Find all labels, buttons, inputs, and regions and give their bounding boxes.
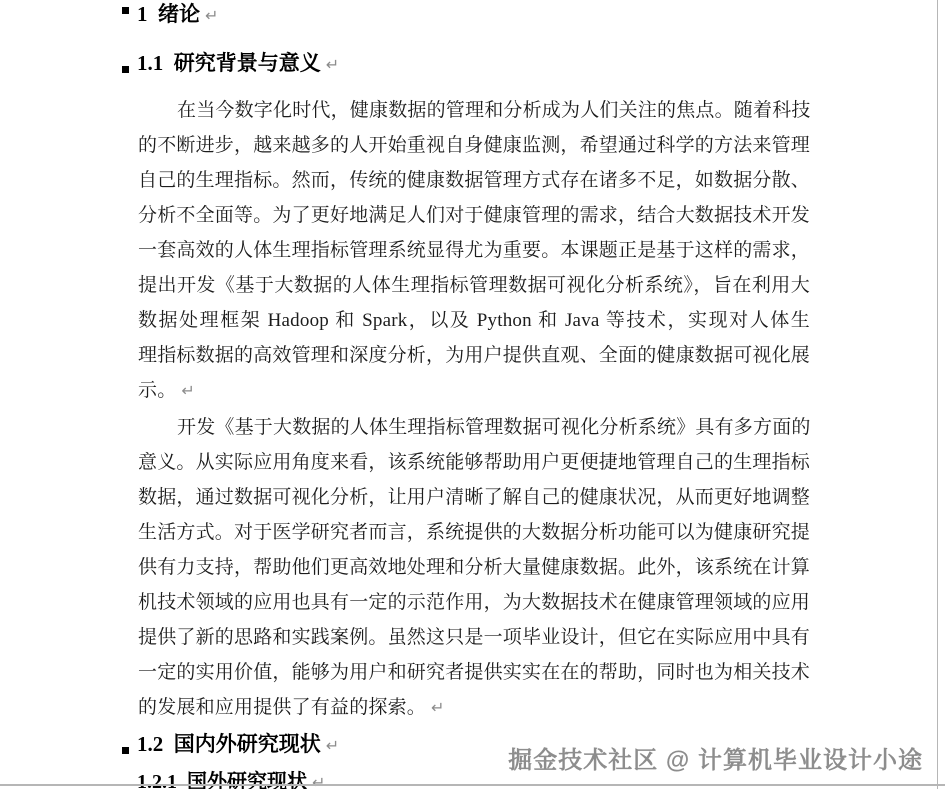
text-line: 意义。从实际应用角度来看，该系统能够帮助用户更便捷地管理自己的生理指标 bbox=[138, 445, 810, 480]
paragraph-1: 在当今数字化时代，健康数据的管理和分析成为人们关注的焦点。随着科技 的不断进步，… bbox=[138, 93, 810, 408]
paragraph-mark-icon: ↵ bbox=[205, 6, 218, 25]
text-line: 分析不全面等。为了更好地满足人们对于健康管理的需求，结合大数据技术开发 bbox=[138, 198, 810, 233]
heading-1-1-label: 1.1 研究背景与意义 bbox=[137, 51, 321, 75]
paragraph-mark-icon: ↵ bbox=[326, 55, 339, 74]
heading-1-2-1-label: 1.2.1 国外研究现状 bbox=[137, 771, 307, 789]
paragraph-mark-icon: ↵ bbox=[326, 736, 339, 755]
text-line: 生活方式。对于医学研究者而言，系统提供的大数据分析功能可以为健康研究提 bbox=[138, 515, 810, 550]
text-line-label: 的发展和应用提供了有益的探索。 bbox=[138, 697, 426, 718]
heading-style-square-icon bbox=[122, 66, 129, 73]
text-line: 的发展和应用提供了有益的探索。↵ bbox=[138, 690, 810, 725]
text-line: 开发《基于大数据的人体生理指标管理数据可视化分析系统》具有多方面的 bbox=[138, 410, 810, 445]
paragraph-2: 开发《基于大数据的人体生理指标管理数据可视化分析系统》具有多方面的 意义。从实际… bbox=[138, 410, 810, 725]
text-line-label: 示。 bbox=[138, 380, 176, 401]
page-bottom-edge bbox=[0, 784, 945, 786]
heading-1-1: 1.1 研究背景与意义↵ bbox=[137, 50, 339, 78]
page-right-edge bbox=[937, 0, 938, 789]
text-line: 自己的生理指标。然而，传统的健康数据管理方式存在诸多不足，如数据分散、 bbox=[138, 163, 810, 198]
watermark: 掘金技术社区 @ 计算机毕业设计小途 bbox=[508, 740, 923, 775]
text-line: 提供了新的思路和实践案例。虽然这只是一项毕业设计，但它在实际应用中具有 bbox=[138, 620, 810, 655]
heading-style-square-icon bbox=[122, 747, 129, 754]
text-line: 提出开发《基于大数据的人体生理指标管理数据可视化分析系统》，旨在利用大 bbox=[138, 268, 810, 303]
heading-1-2-label: 1.2 国内外研究现状 bbox=[137, 732, 321, 756]
text-line: 一定的实用价值，能够为用户和研究者提供实实在在的帮助，同时也为相关技术 bbox=[138, 655, 810, 690]
text-line: 数据处理框架 Hadoop 和 Spark，以及 Python 和 Java 等… bbox=[138, 303, 810, 338]
text-line: 理指标数据的高效管理和深度分析，为用户提供直观、全面的健康数据可视化展 bbox=[138, 338, 810, 373]
heading-1-2-1: 1.2.1 国外研究现状↵ bbox=[137, 769, 325, 789]
heading-style-square-icon bbox=[122, 7, 129, 14]
text-line: 示。↵ bbox=[138, 373, 810, 408]
paragraph-mark-icon: ↵ bbox=[431, 698, 445, 717]
document-page[interactable]: 1 绪论↵ 1.1 研究背景与意义↵ 在当今数字化时代，健康数据的管理和分析成为… bbox=[0, 0, 945, 789]
paragraph-mark-icon: ↵ bbox=[312, 773, 325, 789]
heading-1-2: 1.2 国内外研究现状↵ bbox=[137, 731, 339, 759]
text-line: 数据，通过数据可视化分析，让用户清晰了解自己的健康状况，从而更好地调整 bbox=[138, 480, 810, 515]
text-line: 供有力支持，帮助他们更高效地处理和分析大量健康数据。此外，该系统在计算 bbox=[138, 550, 810, 585]
text-line: 的不断进步，越来越多的人开始重视自身健康监测，希望通过科学的方法来管理 bbox=[138, 128, 810, 163]
text-line: 一套高效的人体生理指标管理系统显得尤为重要。本课题正是基于这样的需求， bbox=[138, 233, 810, 268]
text-line: 在当今数字化时代，健康数据的管理和分析成为人们关注的焦点。随着科技 bbox=[138, 93, 810, 128]
heading-1: 1 绪论↵ bbox=[137, 1, 218, 29]
paragraph-mark-icon: ↵ bbox=[181, 381, 195, 400]
text-line: 机技术领域的应用也具有一定的示范作用，为大数据技术在健康管理领域的应用 bbox=[138, 585, 810, 620]
heading-1-label: 1 绪论 bbox=[137, 2, 200, 26]
